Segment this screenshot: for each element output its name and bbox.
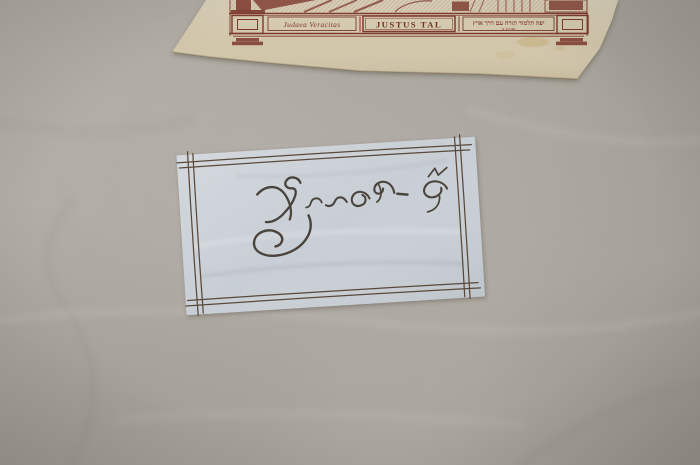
photo-surface: Judaea Veracitas JUSTUS TAL יפה תלמוד תו… xyxy=(0,0,700,465)
photo-render: Judaea Veracitas JUSTUS TAL יפה תלמוד תו… xyxy=(0,0,700,465)
vignette xyxy=(0,0,700,465)
